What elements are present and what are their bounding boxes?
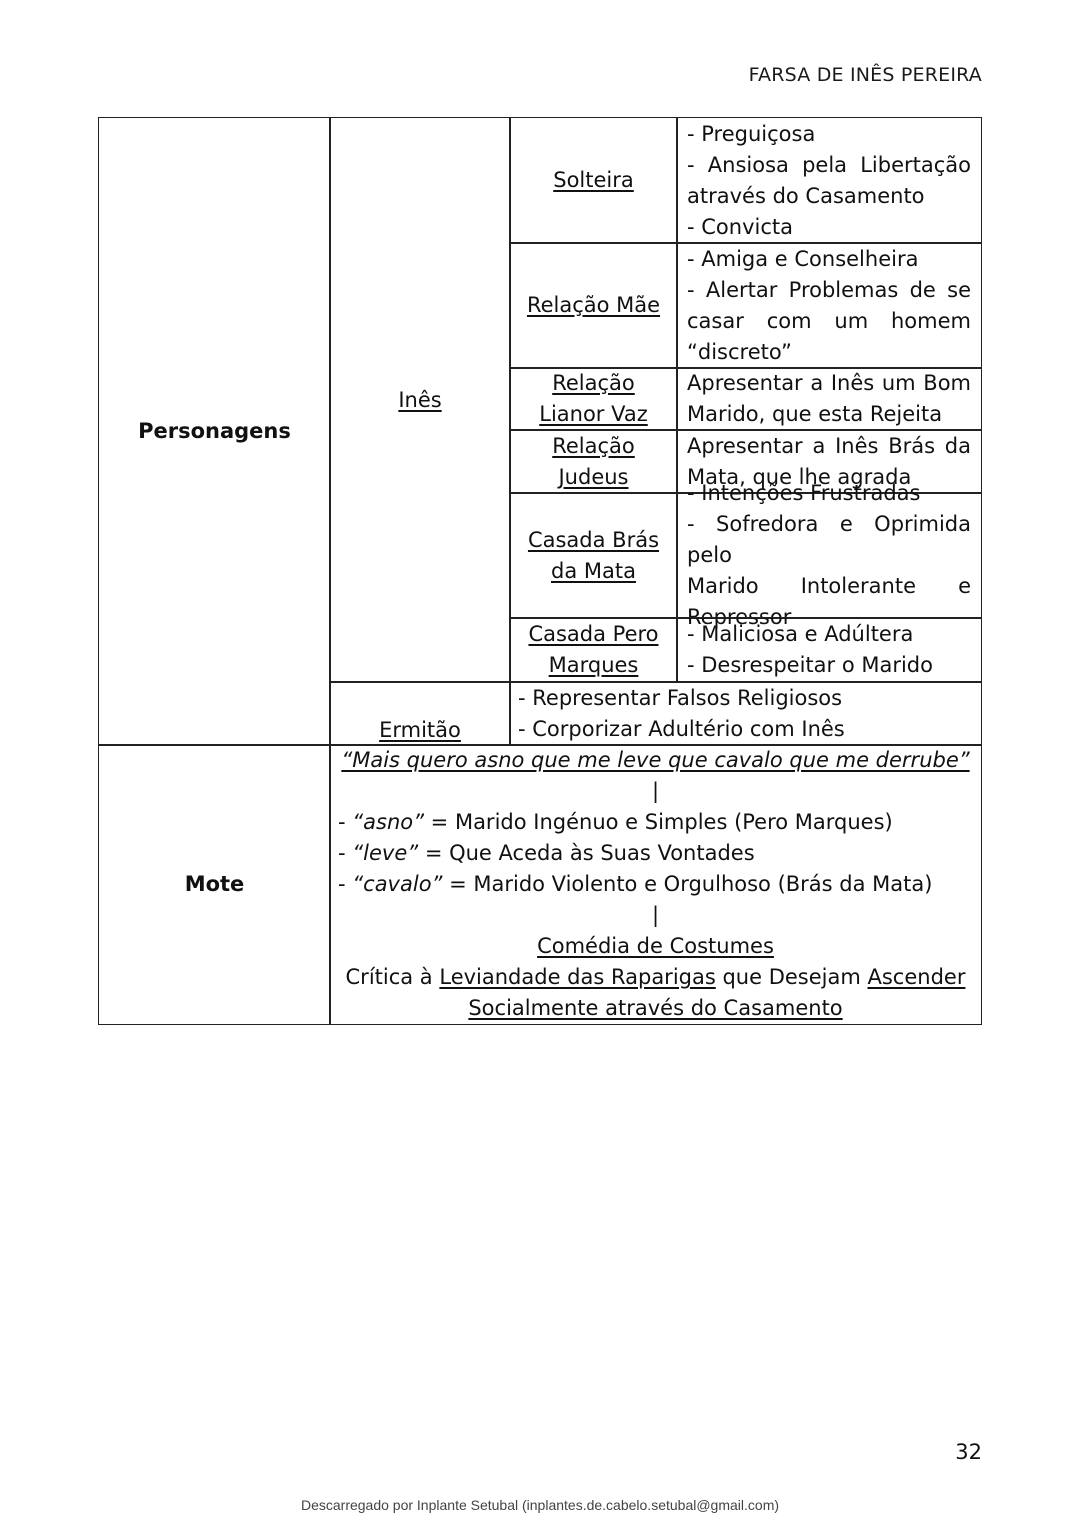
- mote-label: Mote: [185, 869, 245, 900]
- desc-line: Apresentar a Inês um Bom: [687, 368, 971, 399]
- mote-content: “Mais quero asno que me leve que cavalo …: [329, 744, 982, 1025]
- critique-text: que Desejam: [716, 965, 868, 989]
- ines-label: Inês: [398, 385, 441, 416]
- label-line: da Mata: [528, 556, 659, 587]
- desc-line: - Maliciosa e Adúltera: [687, 619, 971, 650]
- critique-underlined: Leviandade das Raparigas: [439, 965, 715, 989]
- critique-underlined: Ascender: [868, 965, 966, 989]
- term: “cavalo”: [352, 872, 442, 896]
- meaning: = Que Aceda às Suas Vontades: [418, 841, 755, 865]
- running-header: FARSA DE INÊS PEREIRA: [749, 64, 982, 86]
- desc-line: - Representar Falsos Religiosos: [518, 683, 971, 714]
- ermitao-cell: Ermitão: [329, 681, 511, 746]
- desc-line: - Amiga e Conselheira: [687, 244, 971, 275]
- relacao-mae-desc: - Amiga e Conselheira - Alertar Problema…: [676, 242, 982, 369]
- label-line: Casada Brás: [528, 525, 659, 556]
- separator: |: [338, 776, 973, 807]
- mote-label-cell: Mote: [98, 744, 331, 1025]
- mote-quote: “Mais quero asno que me leve que cavalo …: [341, 748, 969, 772]
- term: “asno”: [352, 810, 424, 834]
- ines-cell: Inês: [329, 117, 511, 683]
- label-line: Judeus: [552, 462, 635, 493]
- label-line: Lianor Vaz: [539, 399, 648, 430]
- glossary-leve: - “leve” = Que Aceda às Suas Vontades: [338, 838, 973, 869]
- desc-line: - Ansiosa pela Libertação: [687, 150, 971, 181]
- meaning: = Marido Ingénuo e Simples (Pero Marques…: [424, 810, 893, 834]
- ermitao-desc: - Representar Falsos Religiosos - Corpor…: [509, 681, 982, 746]
- relacao-lianor-desc: Apresentar a Inês um Bom Marido, que est…: [676, 367, 982, 431]
- desc-line: - Intenções Frustradas: [687, 478, 971, 509]
- critique-underlined: Socialmente através do Casamento: [468, 996, 842, 1020]
- label-line: Marques: [528, 650, 658, 681]
- label-line: Casada Pero: [528, 619, 658, 650]
- ermitao-label: Ermitão: [379, 715, 461, 746]
- desc-line: Marido, que esta Rejeita: [687, 399, 971, 430]
- personagens-cell: Personagens: [98, 117, 331, 746]
- desc-line: “discreto”: [687, 337, 971, 368]
- desc-line: - Corporizar Adultério com Inês: [518, 714, 971, 745]
- casada-pero-cell: Casada Pero Marques: [509, 617, 678, 683]
- desc-line: através do Casamento: [687, 181, 971, 212]
- label-line: Relação: [552, 431, 635, 462]
- critique: Crítica à Leviandade das Raparigas que D…: [338, 962, 973, 993]
- page-number: 32: [955, 1440, 982, 1464]
- separator: |: [338, 900, 973, 931]
- casada-bras-cell: Casada Brás da Mata: [509, 492, 678, 619]
- desc-line: casar com um homem: [687, 306, 971, 337]
- casada-pero-desc: - Maliciosa e Adúltera - Desrespeitar o …: [676, 617, 982, 683]
- relacao-judeus-cell: Relação Judeus: [509, 429, 678, 494]
- solteira-cell: Solteira: [509, 117, 678, 244]
- personagens-label: Personagens: [138, 416, 291, 447]
- desc-line: - Convicta: [687, 212, 971, 243]
- desc-line: Apresentar a Inês Brás da: [687, 431, 971, 462]
- glossary-cavalo: - “cavalo” = Marido Violento e Orgulhoso…: [338, 869, 973, 900]
- solteira-desc: - Preguiçosa - Ansiosa pela Libertação a…: [676, 117, 982, 244]
- desc-line: Marido Intolerante e: [687, 571, 971, 602]
- desc-line: - Sofredora e Oprimida pelo: [687, 509, 971, 571]
- desc-line: - Desrespeitar o Marido: [687, 650, 971, 681]
- critique-text: Crítica à: [346, 965, 440, 989]
- relacao-mae-label: Relação Mãe: [527, 290, 660, 321]
- desc-line: - Preguiçosa: [687, 119, 971, 150]
- label-line: Relação: [539, 368, 648, 399]
- genre: Comédia de Costumes: [537, 934, 774, 958]
- desc-line: - Alertar Problemas de se: [687, 275, 971, 306]
- relacao-mae-cell: Relação Mãe: [509, 242, 678, 369]
- solteira-label: Solteira: [553, 165, 634, 196]
- term: “leve”: [352, 841, 418, 865]
- casada-bras-desc: - Intenções Frustradas - Sofredora e Opr…: [676, 492, 982, 619]
- relacao-lianor-cell: Relação Lianor Vaz: [509, 367, 678, 431]
- download-footer: Descarregado por Inplante Setubal (inpla…: [0, 1497, 1080, 1513]
- glossary-asno: - “asno” = Marido Ingénuo e Simples (Per…: [338, 807, 973, 838]
- meaning: = Marido Violento e Orgulhoso (Brás da M…: [442, 872, 932, 896]
